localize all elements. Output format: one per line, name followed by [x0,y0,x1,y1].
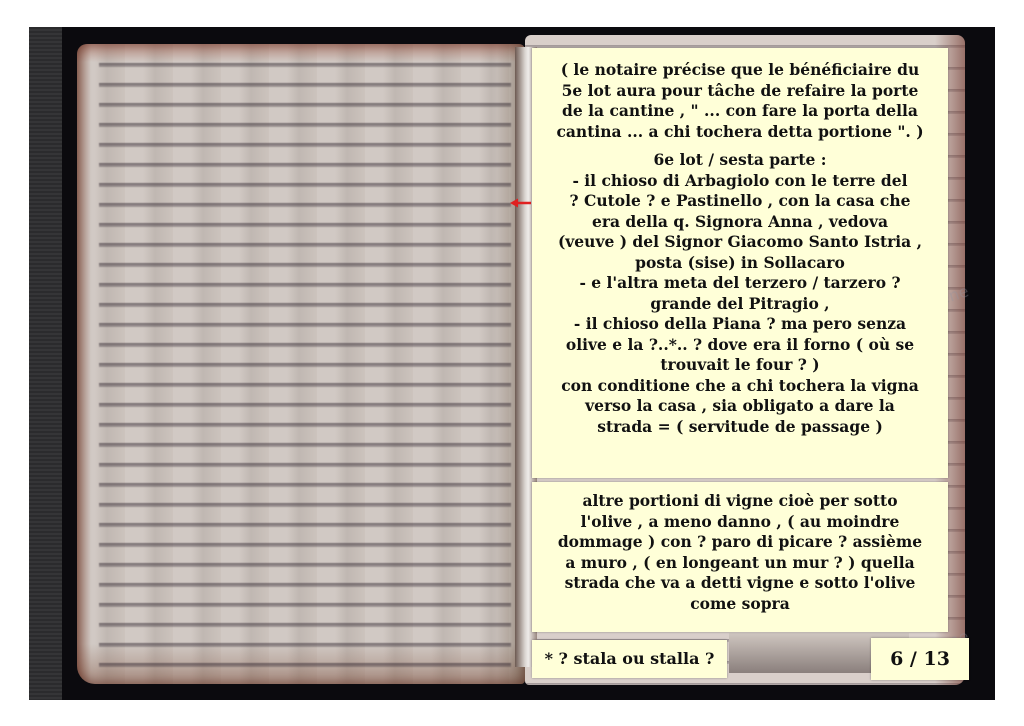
lot-line: (veuve ) del Signor Giacomo Santo Istria… [538,232,942,253]
lot-line: verso la casa , sia obligato a dare la [538,396,942,417]
lot-line: - il chioso di Arbagiolo con le terre de… [538,171,942,192]
annotation-line: a muro , ( en longeant un mur ? ) quella [538,553,942,574]
lot-line: grande del Pitragio , [538,294,942,315]
note-line: cantina ... a chi tochera detta portione… [538,122,942,143]
annotation-line: l'olive , a meno danno , ( au moindre [538,512,942,533]
lot-line: olive e la ?..*.. ? dove era il forno ( … [538,335,942,356]
lot-line: ? Cutole ? e Pastinello , con la casa ch… [538,191,942,212]
lot-line: - il chioso della Piana ? ma pero senza [538,314,942,335]
lot-line: strada = ( servitude de passage ) [538,417,942,438]
annotation-line: dommage ) con ? paro di picare ? assième [538,532,942,553]
handwritten-text-left [99,54,511,674]
lot-heading: 6e lot / sesta parte : [538,150,942,171]
photo-left-edge [29,27,62,700]
lot-line: - e l'altra meta del terzero / tarzero ? [538,273,942,294]
page-counter: 6 / 13 [890,648,950,670]
note-line: 5e lot aura pour tâche de refaire la por… [538,81,942,102]
footnote-text: * ? stala ou stalla ? [545,649,715,668]
lot-line: trouvait le four ? ) [538,355,942,376]
annotation-second-box: altre portioni di vigne cioè per sotto l… [532,482,948,632]
annotation-main-box: ( le notaire précise que le bénéficiaire… [532,48,948,478]
annotation-line: come sopra [538,594,942,615]
footnote-box: * ? stala ou stalla ? [532,640,727,678]
annotation-line: strada che va a detti vigne e sotto l'ol… [538,573,942,594]
annotation-line: altre portioni di vigne cioè per sotto [538,491,942,512]
notary-note: ( le notaire précise que le bénéficiaire… [538,60,942,142]
manuscript-left-page [77,44,525,684]
lot-line: posta (sise) in Sollacaro [538,253,942,274]
red-arrow-left-icon [510,198,532,208]
note-line: de la cantine , " ... con fare la porta … [538,101,942,122]
lot-line: era della q. Signora Anna , vedova [538,212,942,233]
page-counter-box: 6 / 13 [871,638,969,680]
note-line: ( le notaire précise que le bénéficiaire… [538,60,942,81]
lot-line: con conditione che a chi tochera la vign… [538,376,942,397]
